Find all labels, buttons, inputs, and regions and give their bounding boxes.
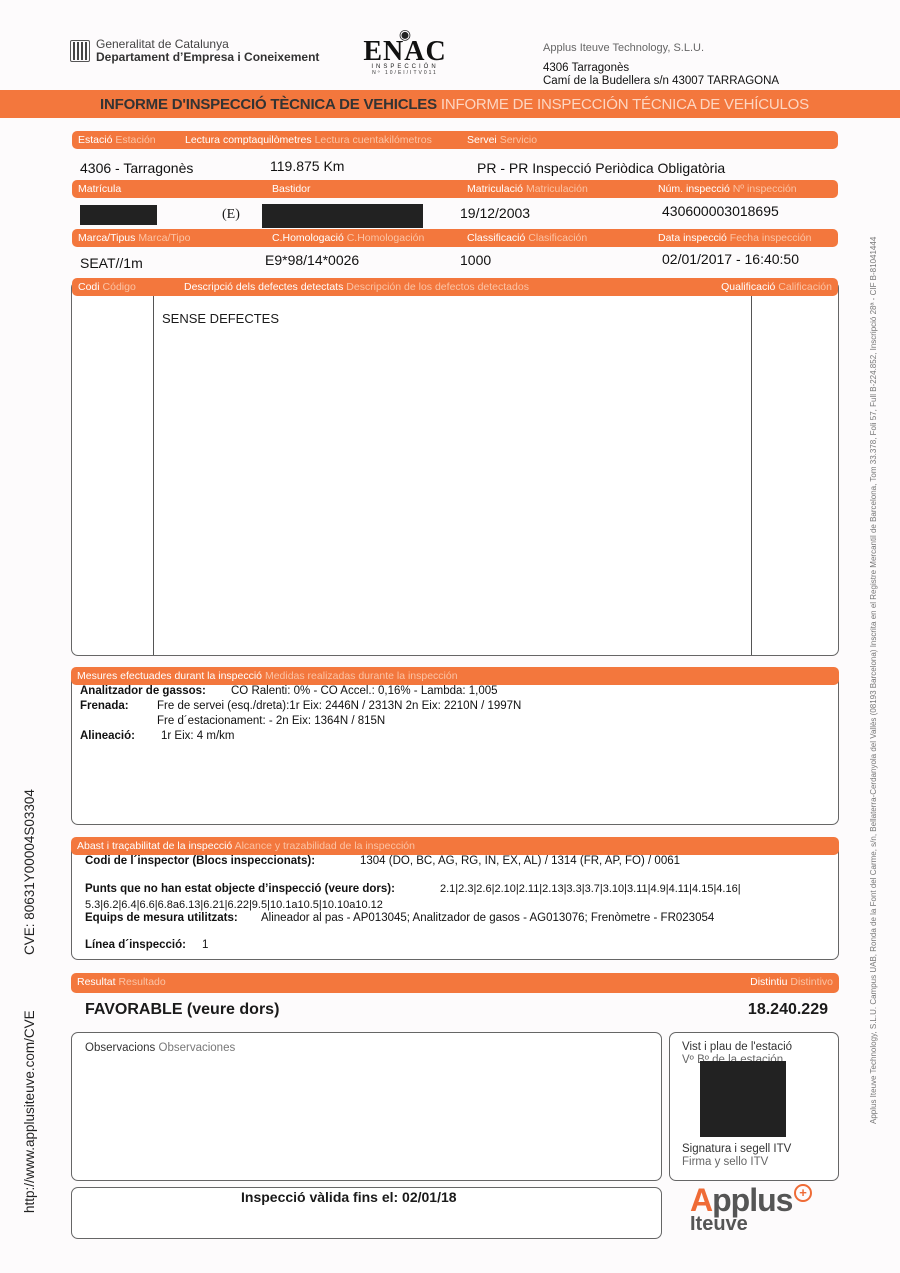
measurements-header-bar: Mesures efectuades durant la inspecció M… bbox=[71, 667, 839, 685]
equipment-label: Equips de mesura utilitzats: bbox=[85, 912, 238, 924]
gov-line2: Departament d’Empresa i Coneixement bbox=[96, 50, 319, 64]
label-badge: Distintiu Distintivo bbox=[750, 976, 833, 988]
odometer-value: 119.875 Km bbox=[270, 158, 344, 174]
result-value: FAVORABLE (veure dors) bbox=[85, 1001, 279, 1019]
result-header-bar: Resultat Resultado Distintiu Distintivo bbox=[71, 973, 839, 993]
label-plate: Matrícula bbox=[78, 183, 121, 195]
divider bbox=[751, 296, 752, 655]
validity-text: Inspecció vàlida fins el: 02/01/18 bbox=[241, 1189, 457, 1205]
generalitat-shield-icon bbox=[70, 40, 90, 62]
label-chassis: Bastidor bbox=[272, 183, 311, 195]
classification-value: 1000 bbox=[460, 252, 491, 268]
label-code: Codi Código bbox=[78, 281, 136, 293]
cve-code: CVE: 80631Y00004S03304 bbox=[22, 789, 37, 955]
gas-analyzer-row: Analitzador de gassos: bbox=[80, 685, 206, 697]
label-classification: Classificació Clasificación bbox=[467, 232, 587, 244]
uninspected-points-label: Punts que no han estat objecte d’inspecc… bbox=[85, 883, 395, 895]
applus-logo: Applus + Iteuve bbox=[690, 1182, 792, 1236]
enac-code: Nº 10/EI/ITV011 bbox=[360, 70, 450, 76]
alignment-label: Alineació: bbox=[80, 730, 135, 742]
signature-redacted bbox=[700, 1061, 786, 1137]
vehicle-header-bar: Matrícula Bastidor Matriculació Matricul… bbox=[72, 180, 838, 198]
approval-box: Vist i plau de l'estació Vº Bº de la est… bbox=[669, 1032, 839, 1181]
plus-circle-icon: + bbox=[794, 1184, 812, 1202]
gas-analyzer-value: CO Ralenti: 0% - CO Accel.: 0,16% - Lamb… bbox=[231, 685, 498, 697]
station-addr-line1: 4306 Tarragonès bbox=[543, 62, 779, 75]
service-value: PR - PR Inspecció Periòdica Obligatòria bbox=[477, 160, 725, 176]
label-station: Estació Estación bbox=[78, 134, 156, 146]
label-service: Servei Servicio bbox=[467, 134, 537, 146]
plate-suffix: (E) bbox=[222, 207, 240, 223]
enac-logo: ◉ ENAC INSPECCIÓN Nº 10/EI/ITV011 bbox=[360, 28, 450, 76]
cve-url[interactable]: http://www.applusiteuve.com/CVE bbox=[22, 1010, 37, 1213]
label-inspection-date: Data inspecció Fecha inspección bbox=[658, 232, 812, 244]
station-addr-line2: Camí de la Budellera s/n 43007 TARRAGONA bbox=[543, 75, 779, 88]
title-ca: INFORME D'INSPECCIÓ TÈCNICA DE VEHICLES bbox=[100, 96, 437, 113]
label-odometer: Lectura comptaquilòmetres Lectura cuenta… bbox=[185, 134, 432, 146]
label-make: Marca/Tipus Marca/Tipo bbox=[78, 232, 190, 244]
label-measurements: Mesures efectuades durant la inspecció M… bbox=[77, 670, 458, 682]
divider bbox=[153, 296, 154, 655]
line-label: Línea d´inspecció: bbox=[85, 939, 186, 951]
company-name: Applus Iteuve Technology, S.L.U. bbox=[543, 42, 704, 54]
signature-label-es: Firma y sello ITV bbox=[682, 1156, 768, 1168]
validity-box: Inspecció vàlida fins el: 02/01/18 bbox=[71, 1187, 662, 1239]
chassis-redacted bbox=[262, 204, 423, 228]
inspector-label: Codi de l´inspector (Blocs inspeccionats… bbox=[85, 855, 315, 867]
inspector-value: 1304 (DO, BC, AG, RG, IN, EX, AL) / 1314… bbox=[360, 855, 680, 867]
observations-label: Observacions Observaciones bbox=[85, 1042, 235, 1054]
line-value: 1 bbox=[202, 939, 208, 951]
observations-box: Observacions Observaciones bbox=[71, 1032, 662, 1181]
document-title: INFORME D'INSPECCIÓ TÈCNICA DE VEHICLES … bbox=[100, 96, 809, 113]
signature-label: Signatura i segell ITV bbox=[682, 1143, 791, 1155]
approval-line1: Vist i plau de l'estació bbox=[682, 1041, 792, 1053]
inspection-date-value: 02/01/2017 - 16:40:50 bbox=[662, 251, 799, 267]
label-registration: Matriculació Matriculación bbox=[467, 183, 588, 195]
alignment-value: 1r Eix: 4 m/km bbox=[161, 730, 234, 742]
inspection-number: 430600003018695 bbox=[662, 203, 779, 219]
legal-registry-text: Applus Iteuve Technology, S.L.U. Campus … bbox=[869, 237, 878, 1124]
generalitat-header: Generalitat de Catalunya Departament d’E… bbox=[70, 38, 319, 64]
defects-text: SENSE DEFECTES bbox=[162, 311, 279, 326]
badge-number: 18.240.229 bbox=[748, 1001, 828, 1019]
station-address: 4306 Tarragonès Camí de la Budellera s/n… bbox=[543, 62, 779, 87]
label-rating: Qualificació Calificación bbox=[721, 281, 832, 293]
label-result: Resultat Resultado bbox=[77, 976, 166, 988]
enac-word: ENAC bbox=[360, 40, 450, 64]
make-value: SEAT//1m bbox=[80, 255, 143, 271]
label-scope: Abast i traçabilitat de la inspecció Alc… bbox=[77, 840, 415, 852]
defects-header-bar: Codi Código Descripció dels defectes det… bbox=[72, 278, 838, 296]
registration-date: 19/12/2003 bbox=[460, 205, 530, 221]
brake-parking-value: Fre d´estacionament: - 2n Eix: 1364N / 8… bbox=[157, 715, 385, 727]
defects-table: SENSE DEFECTES bbox=[71, 281, 839, 656]
station-header-bar: Estació Estación Lectura comptaquilòmetr… bbox=[72, 131, 838, 149]
plate-redacted bbox=[80, 205, 157, 225]
uninspected-points-value-1: 2.1|2.3|2.6|2.10|2.11|2.13|3.3|3.7|3.10|… bbox=[440, 883, 741, 895]
uninspected-points-value-2: 5.3|6.2|6.4|6.6|6.8a6.13|6.21|6.22|9.5|1… bbox=[85, 899, 383, 911]
label-homologation: C.Homologació C.Homologación bbox=[272, 232, 424, 244]
label-inspection-number: Núm. inspecció Nº inspección bbox=[658, 183, 797, 195]
equipment-value: Alineador al pas - AP013045; Analitzador… bbox=[261, 912, 714, 924]
station-value: 4306 - Tarragonès bbox=[80, 160, 193, 176]
title-es: INFORME DE INSPECCIÓN TÉCNICA DE VEHÍCUL… bbox=[441, 96, 809, 113]
brake-service-value: Fre de servei (esq./dreta):1r Eix: 2446N… bbox=[157, 700, 521, 712]
homologation-value: E9*98/14*0026 bbox=[265, 252, 359, 268]
model-header-bar: Marca/Tipus Marca/Tipo C.Homologació C.H… bbox=[72, 229, 838, 247]
brake-label: Frenada: bbox=[80, 700, 129, 712]
label-defects: Descripció dels defectes detectats Descr… bbox=[184, 281, 529, 293]
scope-header-bar: Abast i traçabilitat de la inspecció Alc… bbox=[71, 837, 839, 855]
